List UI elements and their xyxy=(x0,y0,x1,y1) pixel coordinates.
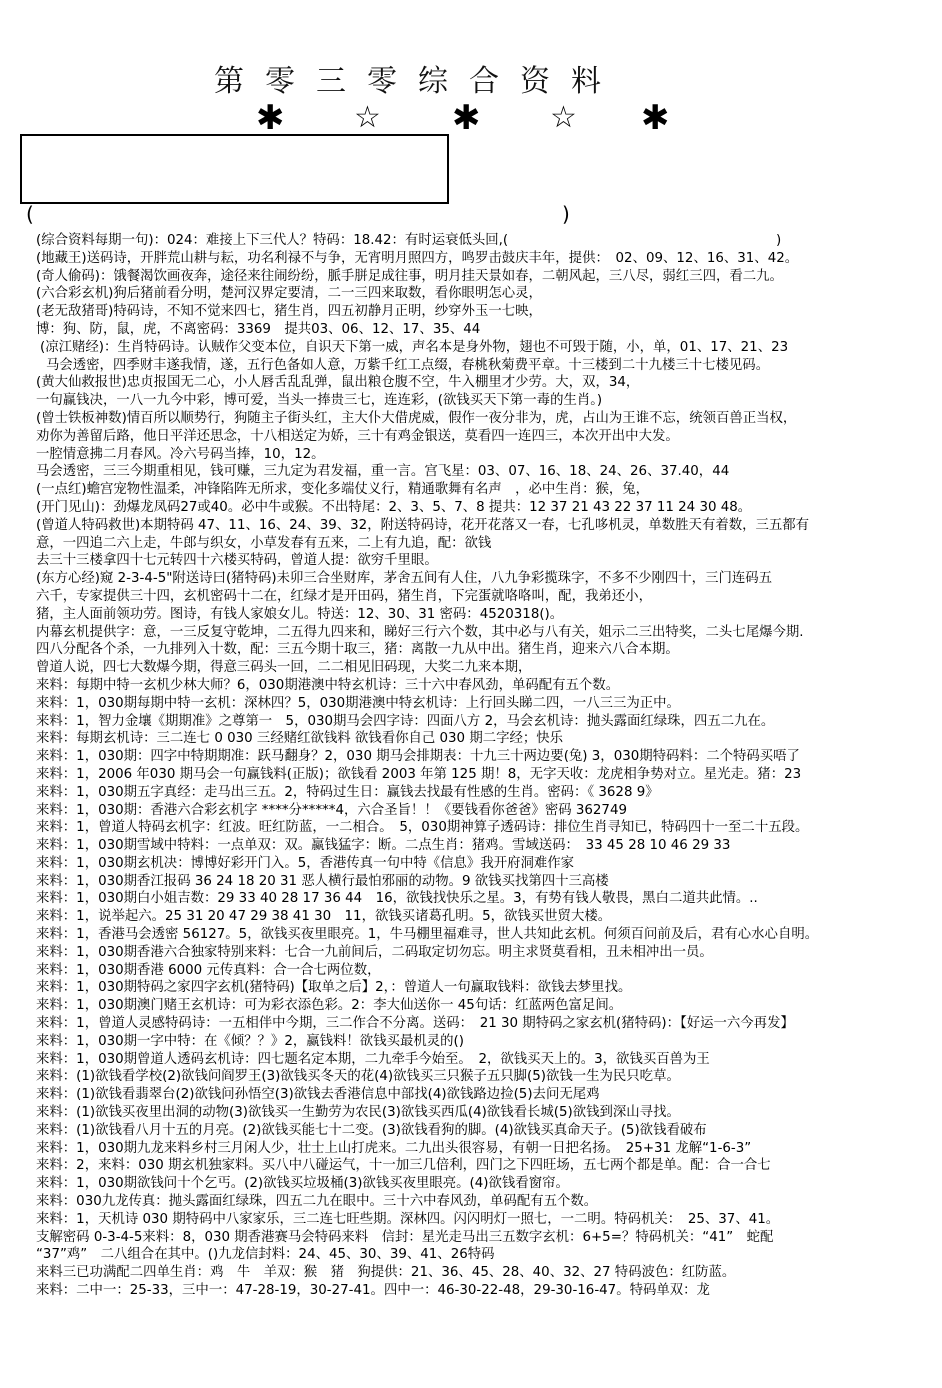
text-line: 来料：1，030期香港 6000 元传真料：合一合七两位数， xyxy=(36,962,936,980)
text-line: 来料三已功满配二四单生肖：鸡 牛 羊双：猴 猪 狗提供：21、36、45、28、… xyxy=(36,1264,936,1282)
text-line: 猪，主人面前领功劳。图诗，有钱人家娘女儿。特送：12、30、31 密码：4520… xyxy=(36,606,936,624)
text-line: 来料：(1)欲钱买夜里出洞的动物(3)欲钱买一生勤劳为农民(3)欲钱买西瓜(4)… xyxy=(36,1104,936,1122)
text-line: 来料：1，030期白小姐吉数：29 33 40 28 17 36 44 16，欲… xyxy=(36,890,936,908)
text-line: 来料：1，030期曾道人透码玄机诗：四七题名定本期，二九牵手今始至。 2，欲钱买… xyxy=(36,1051,936,1069)
star-icon: ☆ xyxy=(550,100,577,136)
text-line: 来料：1，030期玄机决：博博好彩开门入。5，香港传真一句中特《信息》我开府洞难… xyxy=(36,855,936,873)
text-line: 六千，专家提供三十四，玄机密码十二在，红绿才是开田码，猪生肖，下完蛋就咯咯叫，配… xyxy=(36,588,936,606)
text-line: “37”鸡” 二八组合在其中。()九龙信封料：24、45、30、39、41、26… xyxy=(36,1246,936,1264)
text-line: (凉江赌经)：生肖特码诗。认贼作父变本位，自识天下第一威，声名本是身外物，翅也不… xyxy=(36,339,936,357)
text-line: (地藏王)送码诗，开胖荒山耕与耘，功名利禄不与争，无宵明月照四方，鸣罗击鼓庆丰年… xyxy=(36,250,936,268)
text-line: 来料：每期中特一玄机少林大师？6，030期港澳中特玄机诗：三十六中春风劲，单码配… xyxy=(36,677,936,695)
asterisk-icon: ✱ xyxy=(452,100,481,136)
text-line: (东方心经)窥 2-3-4-5"附送诗曰(猪特码)未卯三合坐财库，茅舍五间有人住… xyxy=(36,570,936,588)
blank-banner-box xyxy=(20,134,449,204)
text-line: 来料：1，030期五字真经：走马出三五。2，特码过生日：赢钱去找最有性感的生肖。… xyxy=(36,784,936,802)
text-line: 来料：二中一：25-33，三中一：47-28-19，30-27-41。四中一：4… xyxy=(36,1282,936,1300)
text-line: 来料：1，030期澳门赌王玄机诗：可为彩衣添色彩。2：李大仙送你一 45句话：红… xyxy=(36,997,936,1015)
text-line: (六合彩玄机)狗后猪前看分明，楚河汉界定要清，二一三四来取数，看你眼明怎心灵， xyxy=(36,285,936,303)
text-line: 内幕玄机提供字：意，一三反复守乾坤，二五得九四来和，睇好三行六个数，其中必与八有… xyxy=(36,624,936,642)
text-line: (奇人偷码)：饿餐渴饮画夜奔，途径来往闹纷纷，脈手胼足成往事，明月挂天景如春，二… xyxy=(36,268,936,286)
text-line: 来料：1，030期特码之家四字玄机(猪特码)【取单之后】2，：曾道人一句赢取钱料… xyxy=(36,979,936,997)
text-line: 来料：1，030期每期中特一玄机：深林四？5，030期港澳中特玄机诗：上行回头睇… xyxy=(36,695,936,713)
text-line: 去三十三楼拿四十七元转四十六楼买特码，曾道人提：欲穷千里眼。 xyxy=(36,552,936,570)
text-line: 来料：1，香港马会透密 56127。5，欲钱买夜里眼亮。1，牛马棚里福难寻，世人… xyxy=(36,926,936,944)
text-line: 来料：1，说举起六。25 31 20 47 29 38 41 30 11，欲钱买… xyxy=(36,908,936,926)
text-line: 来料：(1)欲钱看八月十五的月亮。(2)欲钱买能七十二变。(3)欲钱看狗的脚。(… xyxy=(36,1122,936,1140)
document-body: (综合资料每期一句)：024：难接上下三代人？特码：18.42：有时运衰低头回,… xyxy=(36,232,936,1300)
text-line: 马会透密，四季财丰遂我情，遂，五行色备如人意，万紫千红工点缀，春桃秋菊费平章。十… xyxy=(36,357,936,375)
text-line: 支解密码 0-3-4-5来料：8，030 期香港赛马会特码来料 信封：星光走马出… xyxy=(36,1229,936,1247)
text-line: 来料：1，曾道人灵感特码诗：一五相伴中今期，三二作合不分离。送码： 21 30 … xyxy=(36,1015,936,1033)
text-line: (一点红)蟾宫宠物性温柔，冲锋陷阵无所求，变化多端仗义行，精通歌舞有名声 ，必中… xyxy=(36,481,936,499)
text-line: (黄大仙救报世)忠贞报国无二心，小人唇舌乱乱弹，鼠出粮仓腹不空，牛入棚里才少劳。… xyxy=(36,374,936,392)
open-paren: ( xyxy=(26,202,34,226)
text-line: (曾道人特码救世)本期特码 47、11、16、24、39、32，附送特码诗，花开… xyxy=(36,517,936,535)
text-line: 来料：1，030期香港六合独家特别来料：七合一九前间后，二码取定切勿忘。明主求贤… xyxy=(36,944,936,962)
page-title: 第零三零综合资料 xyxy=(214,56,622,100)
star-icon: ☆ xyxy=(354,100,381,136)
text-line: 来料：030九龙传真：抛头露面红绿珠，四五二九在眼中。三十六中春风劲，单码配有五… xyxy=(36,1193,936,1211)
text-line: 来料：1，天机诗 030 期特码中八家家乐，三二连七旺些期。深林四。闪闪明灯一照… xyxy=(36,1211,936,1229)
text-line: 来料：1，030期：四字中特期期准：跃马翻身？2，030 期马会排期表：十九三十… xyxy=(36,748,936,766)
close-paren: ) xyxy=(562,202,570,226)
text-line: 劝你为善留后路，他日平洋还思念，十八相送定为娇，三十有鸡金银送，莫看四一连四三，… xyxy=(36,428,936,446)
asterisk-icon: ✱ xyxy=(256,100,285,136)
text-line: 来料：1，030期一字中特：在《倾？？》2，赢钱料！欲钱买最机灵的() xyxy=(36,1033,936,1051)
text-line: 意，一四追二六上走，牛郎与织女，小草发春有五来，二上有九追，配：欲钱 xyxy=(36,535,936,553)
text-line: 来料：(1)欲钱看翡翠台(2)欲钱问孙悟空(3)欲钱去香港信息中部找(4)欲钱路… xyxy=(36,1086,936,1104)
text-line: (曾士铁板神数)情百所以顺势行，狗随主子街头红，主大仆大借虎威，假作一夜分非为，… xyxy=(36,410,936,428)
text-line: 来料：1，曾道人特码玄机字：红波。旺红防蓝，一二相合。 5，030期神算子透码诗… xyxy=(36,819,936,837)
text-line: 来料：1，智力金壤《期期准》之尊第一 5，030期马会四字诗：四面八方 2，马会… xyxy=(36,713,936,731)
text-line: 来料：1，030期：香港六合彩玄机字 ****分*****4，六合圣旨！！《要钱… xyxy=(36,802,936,820)
text-line: 四八分配各个杀，一九排列入十数，配：三五今期十取三，猪：离散一九从中出。猪生肖，… xyxy=(36,641,936,659)
text-line: (综合资料每期一句)：024：难接上下三代人？特码：18.42：有时运衰低头回,… xyxy=(36,232,936,250)
text-line: 一句赢钱决，一八一九今中彩，博可爱，当头一捧贵三七，连连彩，(欲钱买天下第一毒的… xyxy=(36,392,936,410)
text-line: 来料：2，来料：030 期玄机独家料。买八中八碰运气，十一加三几倍利，四门之下四… xyxy=(36,1157,936,1175)
text-line: 一腔情意拂二月春风。冷六号码当捧，10，12。 xyxy=(36,446,936,464)
text-line: (老无敌猪哥)特码诗，不知不觉来四七，猪生肖，四五初静月正明，纱穿外玉一七映， xyxy=(36,303,936,321)
text-line: 来料：1，030期香江报码 36 24 18 20 31 恶人横行最怕邪丽的动物… xyxy=(36,873,936,891)
text-line: (开门见山)：劲爆龙凤码27或40。必中牛或猴。不出特尾：2、3、5、7、8 提… xyxy=(36,499,936,517)
text-line: 来料：1，030期九龙来料乡村三月闲人少，壮士上山打虎来。二九出头很容易，有朝一… xyxy=(36,1140,936,1158)
text-line: 曾道人说，四七大数爆今期，得意三码头一回，二二相见旧码现，大奖二九来本期， xyxy=(36,659,936,677)
text-line: 马会透密，三三今期重相见，钱可赚，三九定为君发福，重一言。宫飞星：03、07、1… xyxy=(36,463,936,481)
star-decoration-row: ✱ ☆ ✱ ☆ ✱ xyxy=(0,100,942,136)
text-line: 来料：1，030期雪域中特料：一点单双：双。赢钱猛字：断。二点生肖：猪鸡。雪域送… xyxy=(36,837,936,855)
text-line: 来料：(1)欲钱看学校(2)欲钱问阎罗王(3)欲钱买冬天的花(4)欲钱买三只猴子… xyxy=(36,1068,936,1086)
text-line: 来料：1，2006 年030 期马会一句赢钱料(正版)；欲钱看 2003 年第 … xyxy=(36,766,936,784)
text-line: 来料：1，030期欲钱问十个乞丐。(2)欲钱买垃圾桶(3)欲钱买夜里眼亮。(4)… xyxy=(36,1175,936,1193)
text-line: 博：狗、防，鼠，虎，不离密码：3369 提共03、06、12、17、35、44 xyxy=(36,321,936,339)
text-line: 来料：每期玄机诗：三二连七 0 030 三经赌红欲钱料 欲钱看你自己 030 期… xyxy=(36,730,936,748)
asterisk-icon: ✱ xyxy=(641,100,670,136)
